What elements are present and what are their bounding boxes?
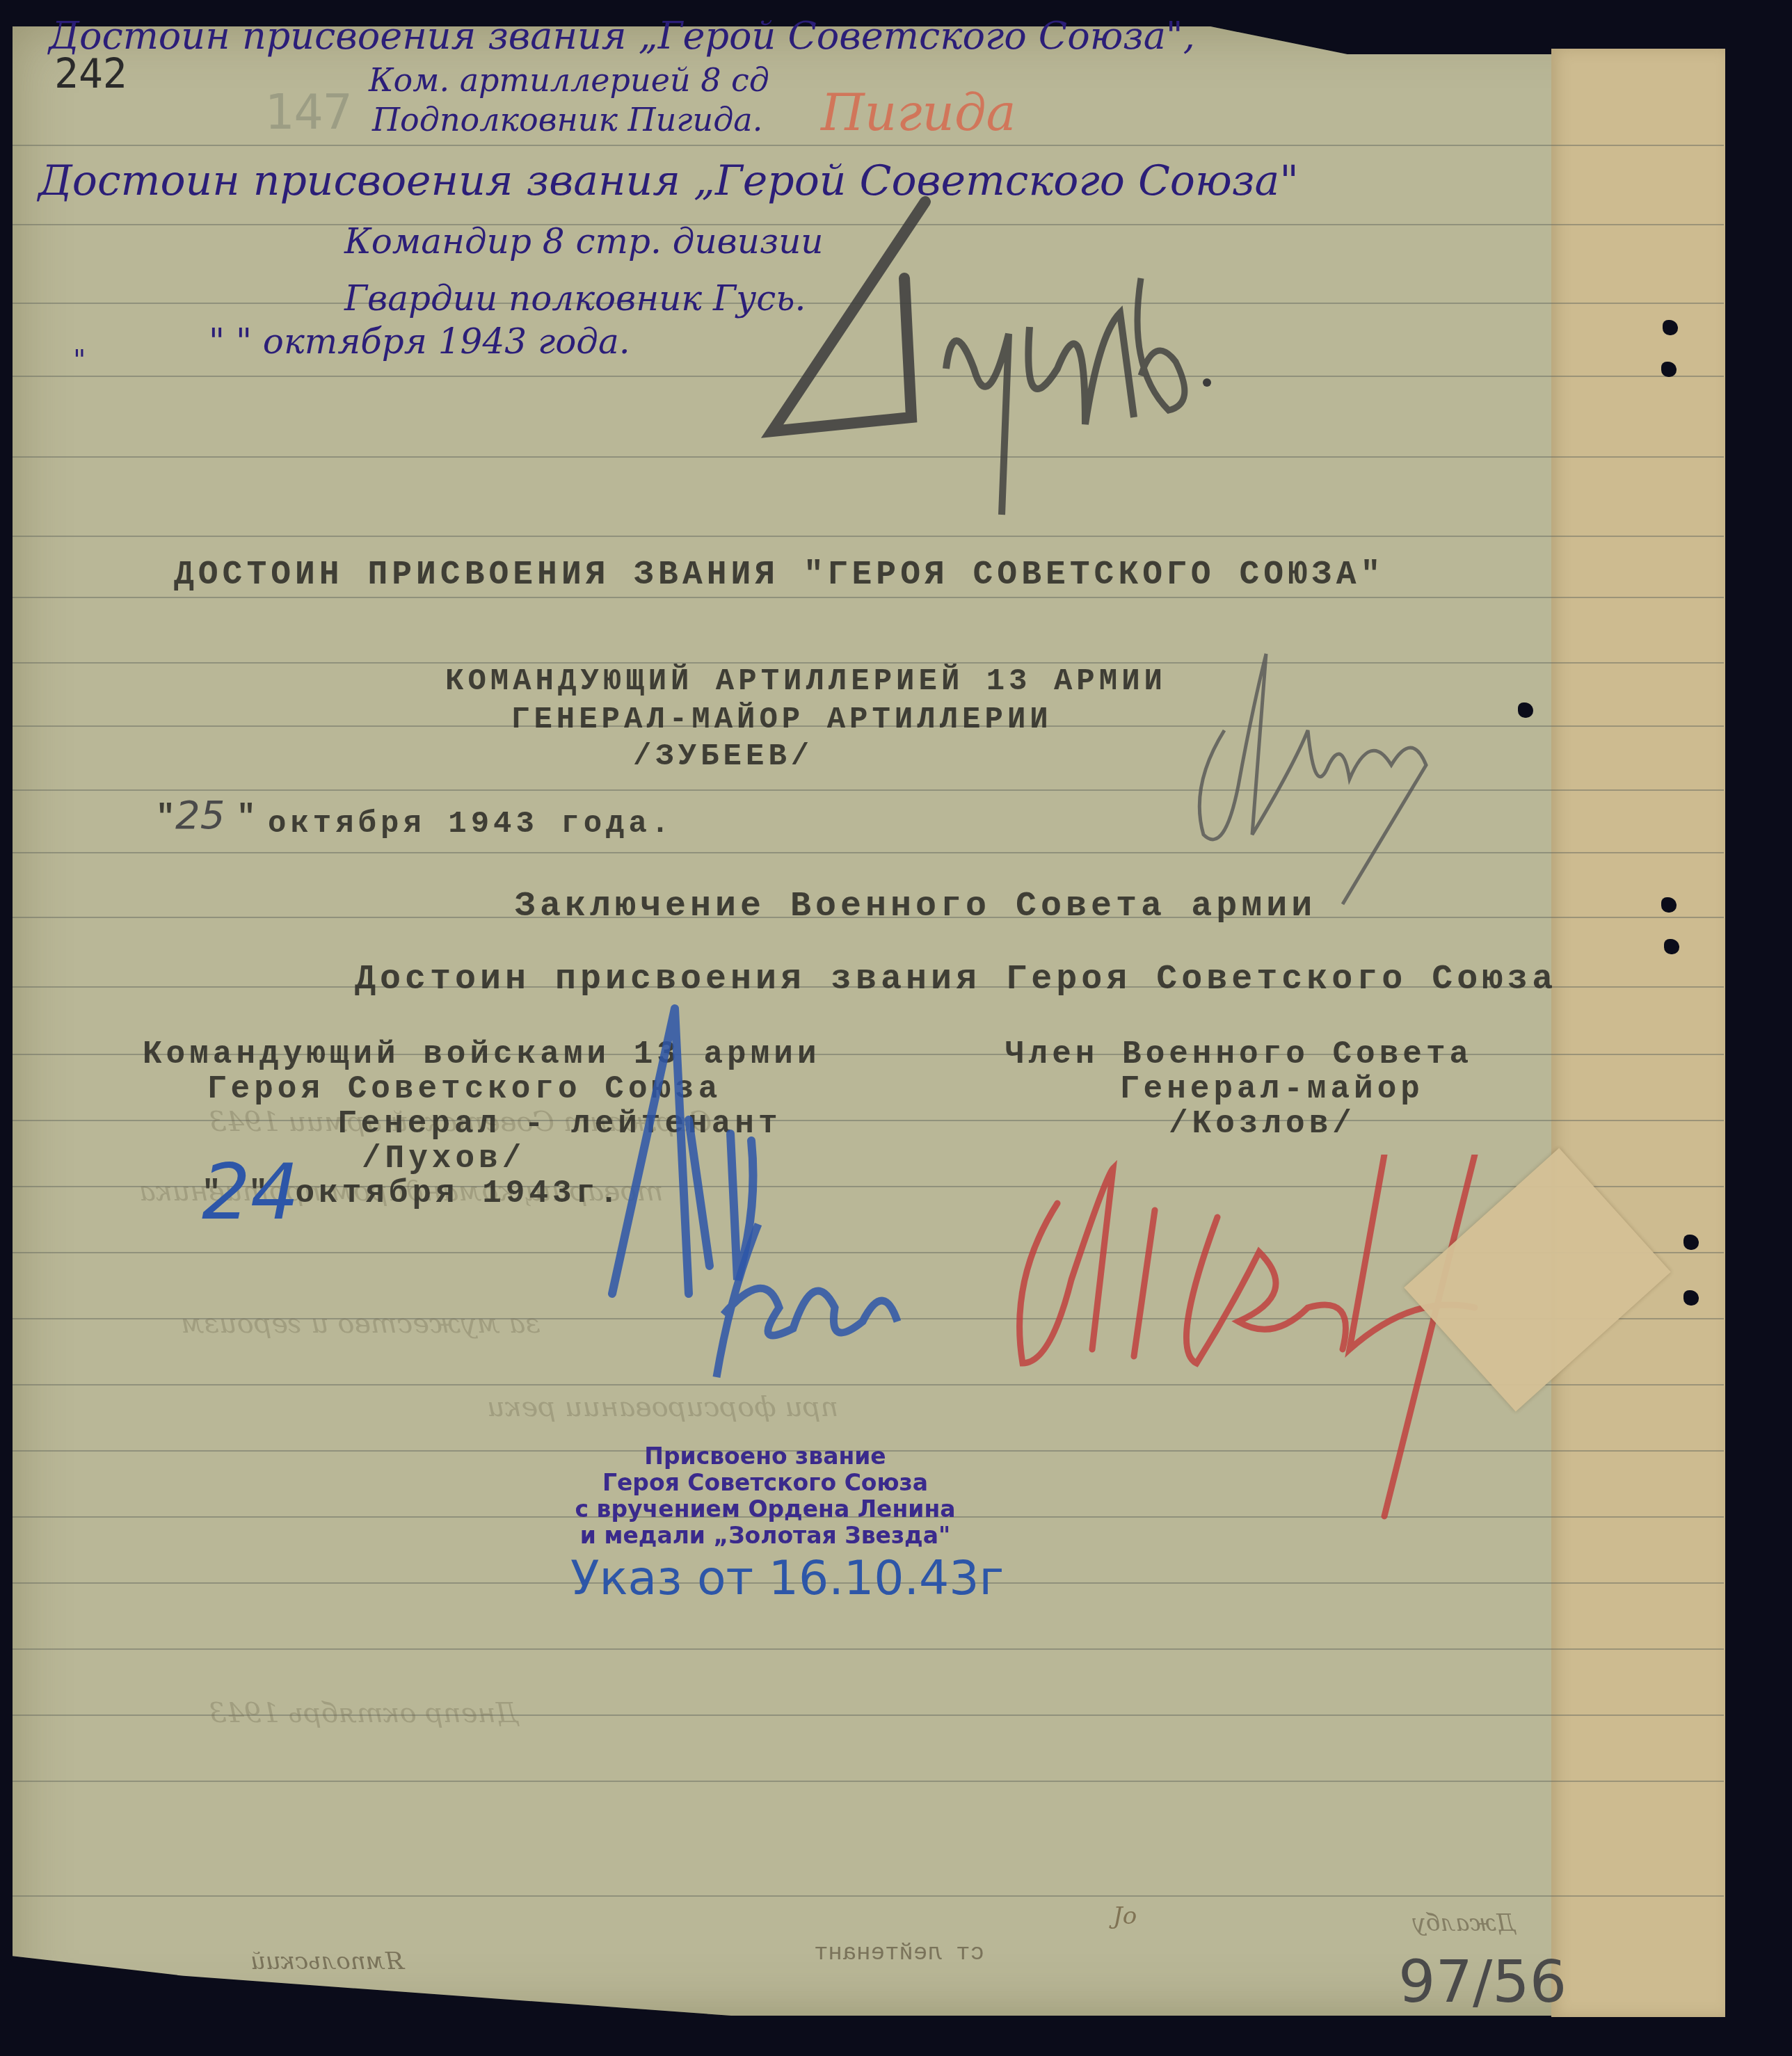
punch-hole bbox=[1663, 320, 1678, 335]
small-mark: Jo bbox=[1113, 1902, 1137, 1930]
division-date: " " октября 1943 года. bbox=[209, 321, 630, 362]
council-member-role: Член Военного Совета bbox=[1005, 1036, 1473, 1073]
ruled-line bbox=[13, 1781, 1724, 1782]
artillery-date: октября 1943 года. bbox=[268, 807, 673, 842]
military-council-heading: Заключение Военного Совета армии bbox=[515, 887, 1316, 926]
quote-mark: " bbox=[73, 344, 86, 376]
red-signature-kozlov bbox=[995, 1155, 1523, 1544]
pencil-signature-zubeev bbox=[1148, 626, 1440, 918]
punch-hole bbox=[1683, 1290, 1699, 1306]
artillery-commander-role: КОМАНДУЮЩИЙ АРТИЛЛЕРИЕЙ 13 АРМИИ bbox=[445, 664, 1167, 699]
paper-edge-strip bbox=[1551, 49, 1725, 2017]
army-commander-name: /Пухов/ bbox=[362, 1141, 525, 1177]
punch-hole bbox=[1664, 939, 1679, 954]
artillery-commander-rank: ГЕНЕРАЛ-МАЙОР АРТИЛЛЕРИИ bbox=[511, 702, 1053, 737]
ruled-line bbox=[13, 1648, 1724, 1650]
ruled-line bbox=[13, 789, 1724, 791]
council-member-name: /Козлов/ bbox=[1169, 1106, 1356, 1142]
award-stamp: Присвоено звание Героя Советского Союза … bbox=[557, 1443, 974, 1549]
red-signature-pigida: Пигида bbox=[821, 83, 1016, 142]
ruled-line bbox=[13, 662, 1724, 664]
sheet-number: 242 bbox=[54, 50, 127, 97]
blue-signature-pukhov bbox=[584, 1002, 1016, 1419]
ruled-line bbox=[13, 1895, 1724, 1897]
punch-hole bbox=[1683, 1235, 1699, 1250]
decree-note: Указ от 16.10.43г bbox=[570, 1551, 1004, 1606]
faded-number: 147 bbox=[264, 83, 352, 140]
header-recommendation-line: Достоин присвоения звания „Герой Советск… bbox=[49, 14, 1195, 58]
ruled-line bbox=[13, 852, 1724, 853]
archive-number: 97/56 bbox=[1398, 1947, 1567, 2016]
date-day-blue: 24 bbox=[202, 1148, 299, 1237]
artillery-commander-title: Ком. артиллерией 8 сд bbox=[369, 61, 769, 99]
artillery-commander-name: Подполковник Пигида. bbox=[372, 101, 762, 138]
stamp-line-3: с вручением Ордена Ленина bbox=[557, 1496, 974, 1523]
mirrored-name-left: Ямпольский bbox=[250, 1947, 404, 1975]
bleed-through-text: Днепр октябрь 1943 bbox=[209, 1697, 518, 1729]
punch-hole bbox=[1661, 897, 1677, 913]
punch-hole bbox=[1661, 362, 1677, 377]
date-close-quote: " bbox=[237, 800, 260, 836]
stamp-line-1: Присвоено звание bbox=[557, 1443, 974, 1470]
artillery-recommendation-title: ДОСТОИН ПРИСВОЕНИЯ ЗВАНИЯ "ГЕРОЯ СОВЕТСК… bbox=[174, 556, 1384, 594]
ruled-line bbox=[13, 597, 1724, 598]
punch-hole bbox=[1518, 702, 1533, 718]
artillery-commander-name: /ЗУБЕЕВ/ bbox=[633, 739, 813, 774]
council-member-rank: Генерал-майор bbox=[1120, 1071, 1424, 1107]
mirrored-rank-mid: ст лейтенант bbox=[814, 1941, 984, 1967]
ruled-line bbox=[13, 145, 1724, 146]
stamp-line-4: и медали „Золотая Звезда" bbox=[557, 1523, 974, 1549]
bleed-through-text: за мужество и героизм bbox=[181, 1308, 541, 1340]
stamp-line-2: Героя Советского Союза bbox=[557, 1470, 974, 1496]
military-council-verdict: Достоин присвоения звания Героя Советско… bbox=[355, 960, 1557, 999]
mirrored-name-right: Джалбу bbox=[1412, 1909, 1516, 1937]
date-day-handwritten: 25 bbox=[175, 793, 225, 838]
pencil-signature-gus bbox=[696, 195, 1252, 543]
